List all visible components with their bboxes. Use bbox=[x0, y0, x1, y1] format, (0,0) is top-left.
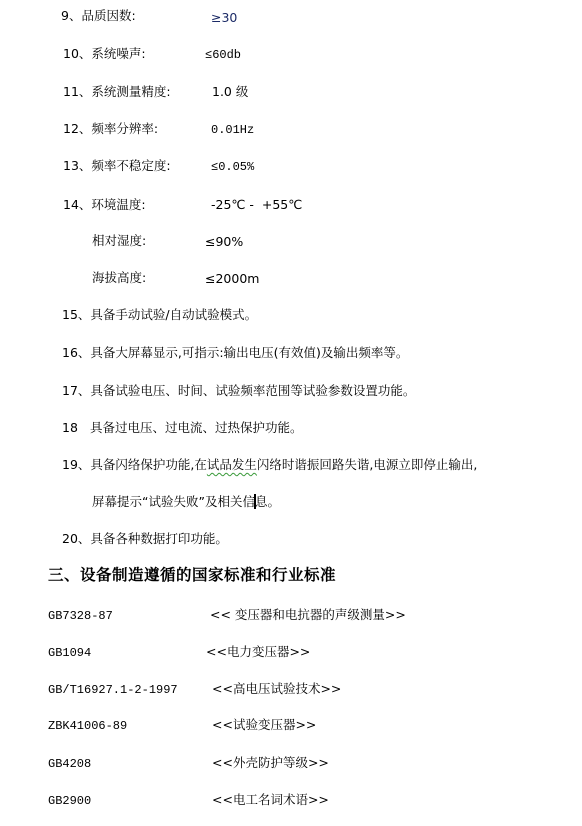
grammar-underlined-text[interactable]: 试品发生 bbox=[207, 457, 257, 472]
spec-value-9: ≥30 bbox=[211, 10, 237, 26]
standard-title: <<试验变压器>> bbox=[212, 717, 316, 733]
standard-title: <<电力变压器>> bbox=[206, 644, 310, 660]
feature-item-17: 17、具备试验电压、时间、试验频率范围等试验参数设置功能。 bbox=[62, 383, 415, 399]
standard-title: <<外壳防护等级>> bbox=[212, 755, 329, 771]
standard-title: << 变压器和电抗器的声级测量>> bbox=[210, 607, 406, 623]
spec-value-11: 1.0 级 bbox=[212, 84, 248, 100]
item-label: 品质因数: bbox=[81, 8, 135, 23]
item-text: 闪络时谐振回路失谐,电源立即停止输出, bbox=[257, 457, 477, 472]
item-text: 具备试验电压、时间、试验频率范围等试验参数设置功能。 bbox=[90, 383, 415, 398]
spec-item-altitude: 海拔高度: bbox=[92, 270, 146, 286]
item-label: 系统噪声: bbox=[91, 46, 145, 61]
spec-item-humidity: 相对湿度: bbox=[92, 233, 146, 249]
item-text: 具备过电压、过电流、过热保护功能。 bbox=[90, 420, 303, 435]
spec-item-9: 9、品质因数: bbox=[61, 8, 136, 24]
spec-item-11: 11、系统测量精度: bbox=[63, 84, 171, 100]
standard-code: GB2900 bbox=[48, 793, 91, 809]
standard-title: <<高电压试验技术>> bbox=[212, 681, 341, 697]
standard-code: ZBK41006-89 bbox=[48, 718, 127, 734]
item-label: 频率不稳定度: bbox=[91, 158, 170, 173]
spec-item-10: 10、系统噪声: bbox=[63, 46, 146, 62]
feature-item-16: 16、具备大屏幕显示,可指示:输出电压(有效值)及输出频率等。 bbox=[62, 345, 408, 361]
feature-item-19-continuation: 屏幕提示“试验失败”及相关信息。 bbox=[92, 494, 280, 510]
item-number: 16、 bbox=[62, 345, 90, 360]
spec-value-altitude: ≤2000m bbox=[205, 271, 259, 287]
standard-title: <<电工名词术语>> bbox=[212, 792, 329, 808]
item-number: 18 bbox=[62, 420, 90, 436]
standard-code: GB4208 bbox=[48, 756, 91, 772]
feature-item-15: 15、具备手动试验/自动试验模式。 bbox=[62, 307, 257, 323]
item-number: 20、 bbox=[62, 531, 90, 546]
item-number: 17、 bbox=[62, 383, 90, 398]
item-text: 具备各种数据打印功能。 bbox=[90, 531, 228, 546]
spec-value-14: -25℃ - +55℃ bbox=[211, 197, 302, 213]
item-text: 具备手动试验/自动试验模式。 bbox=[90, 307, 257, 322]
item-number: 9、 bbox=[61, 8, 81, 23]
item-number: 13、 bbox=[63, 158, 91, 173]
spec-value-humidity: ≤90% bbox=[205, 234, 243, 250]
standard-code: GB1094 bbox=[48, 645, 91, 661]
item-number: 10、 bbox=[63, 46, 91, 61]
spec-value-12: 0.01Hz bbox=[211, 122, 254, 138]
item-text: 息。 bbox=[255, 494, 280, 509]
item-label: 系统测量精度: bbox=[91, 84, 170, 99]
item-text: 具备大屏幕显示,可指示:输出电压(有效值)及输出频率等。 bbox=[90, 345, 408, 360]
feature-item-20: 20、具备各种数据打印功能。 bbox=[62, 531, 228, 547]
standard-code: GB/T16927.1-2-1997 bbox=[48, 682, 178, 698]
spec-item-12: 12、频率分辨率: bbox=[63, 121, 158, 137]
spec-value-13: ≤0.05% bbox=[211, 159, 254, 175]
item-number: 11、 bbox=[63, 84, 91, 99]
spec-item-13: 13、频率不稳定度: bbox=[63, 158, 171, 174]
item-label: 频率分辨率: bbox=[91, 121, 158, 136]
spec-value-10: ≤60db bbox=[205, 47, 241, 63]
item-number: 14、 bbox=[63, 197, 91, 212]
item-label: 环境温度: bbox=[91, 197, 145, 212]
spec-item-14: 14、环境温度: bbox=[63, 197, 146, 213]
standard-code: GB7328-87 bbox=[48, 608, 113, 624]
item-text: 屏幕提示“试验失败”及相关信 bbox=[92, 494, 255, 509]
item-number: 19、 bbox=[62, 457, 90, 472]
item-number: 12、 bbox=[63, 121, 91, 136]
item-text: 具备闪络保护功能,在 bbox=[90, 457, 206, 472]
item-number: 15、 bbox=[62, 307, 90, 322]
feature-item-19: 19、具备闪络保护功能,在试品发生闪络时谐振回路失谐,电源立即停止输出, bbox=[62, 457, 477, 473]
feature-item-18: 18具备过电压、过电流、过热保护功能。 bbox=[62, 420, 303, 436]
section-heading: 三、设备制造遵循的国家标准和行业标准 bbox=[48, 567, 336, 583]
